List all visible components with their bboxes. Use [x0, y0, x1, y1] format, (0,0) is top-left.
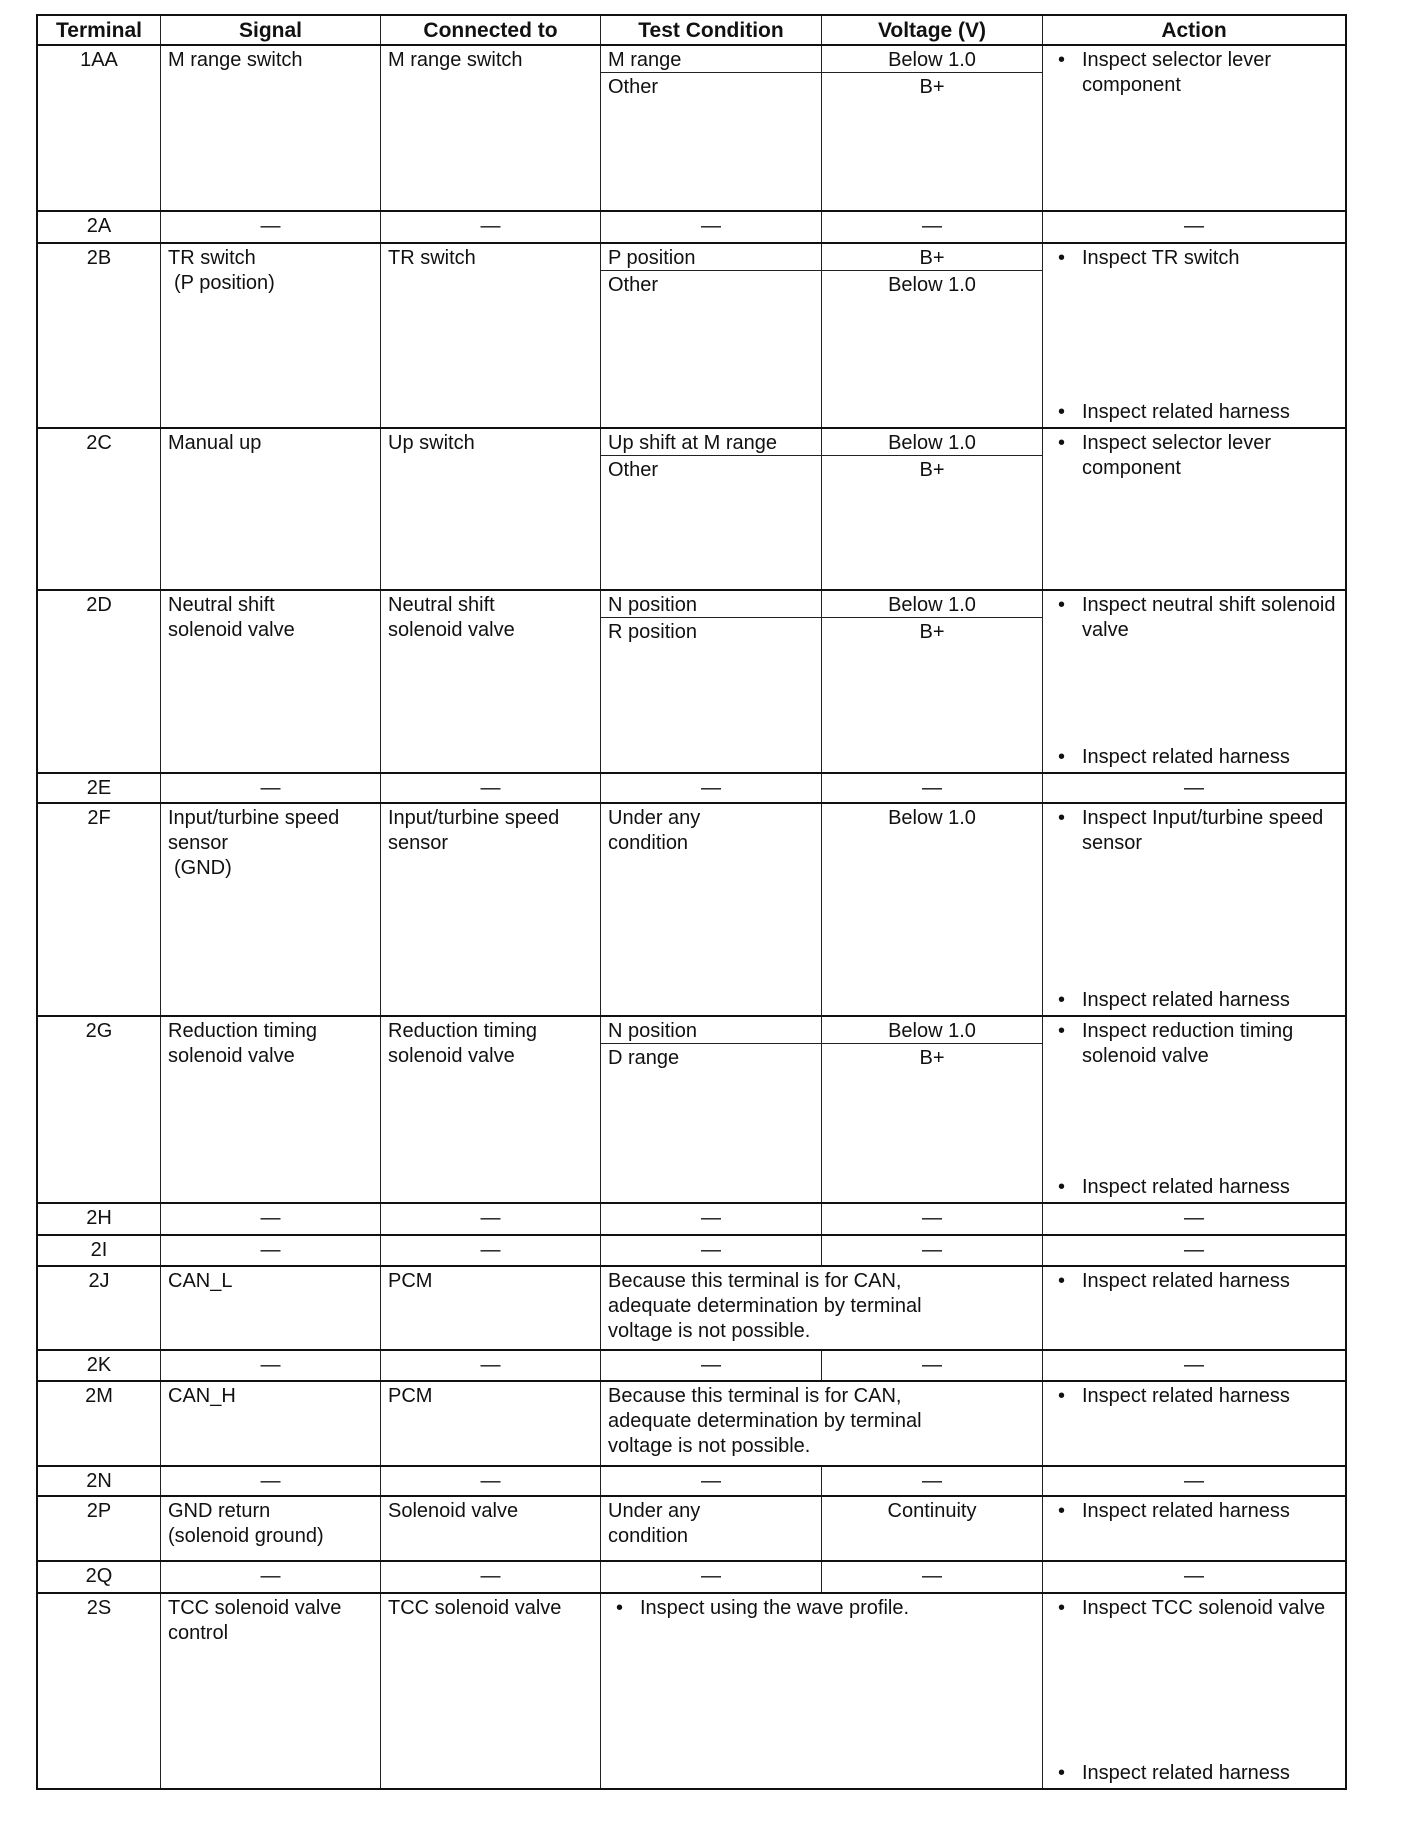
action-item: Inspect related harness [1050, 745, 1338, 770]
action-item: Inspect related harness [1050, 400, 1338, 425]
action-cell: Inspect selector lever component [1042, 46, 1345, 210]
dash-cell: — [380, 1467, 600, 1495]
dash-cell: — [600, 1351, 821, 1380]
dash-cell: — [600, 774, 821, 802]
table-row: 2G Reduction timing solenoid valve Reduc… [38, 1015, 1345, 1202]
condition-cell: M rangeOther [600, 46, 821, 210]
header-test-condition: Test Condition [600, 16, 821, 44]
action-cell: Inspect related harness [1042, 1267, 1345, 1349]
condition-cell: Under any condition [600, 1497, 821, 1560]
dash-cell: — [160, 1204, 380, 1234]
condition-cell: Up shift at M rangeOther [600, 429, 821, 589]
action-item: Inspect related harness [1050, 1384, 1338, 1409]
signal-cell: CAN_H [160, 1382, 380, 1465]
signal-cell: M range switch [160, 46, 380, 210]
voltage-1: Below 1.0 [822, 46, 1042, 73]
signal-cell: Reduction timing solenoid valve [160, 1017, 380, 1202]
table-row: 2Q — — — — — [38, 1560, 1345, 1592]
voltage-cell: B+Below 1.0 [821, 244, 1042, 427]
header-connected-to: Connected to [380, 16, 600, 44]
table-row: 2H — — — — — [38, 1202, 1345, 1234]
voltage-1: Below 1.0 [822, 591, 1042, 618]
terminal-cell: 2E [38, 774, 160, 802]
connected-cell: TCC solenoid valve [380, 1594, 600, 1788]
signal-cell: Input/turbine speed sensor(GND) [160, 804, 380, 1015]
dash-cell: — [380, 1562, 600, 1592]
table-header: Terminal Signal Connected to Test Condit… [38, 16, 1345, 44]
connected-cell: Input/turbine speed sensor [380, 804, 600, 1015]
voltage-cell: Below 1.0B+ [821, 1017, 1042, 1202]
dash-cell: — [821, 774, 1042, 802]
action-item: Inspect related harness [1050, 1761, 1338, 1786]
voltage-2: Below 1.0 [822, 271, 1042, 427]
dash-cell: — [821, 1562, 1042, 1592]
action-item: Inspect TR switch [1050, 246, 1338, 271]
dash-cell: — [600, 212, 821, 242]
table-row: 1AA M range switch M range switch M rang… [38, 44, 1345, 210]
table-row: 2E — — — — — [38, 772, 1345, 802]
wave-profile-note: Inspect using the wave profile. [608, 1596, 1035, 1621]
table-row: 2D Neutral shift solenoid valve Neutral … [38, 589, 1345, 772]
dash-cell: — [160, 1351, 380, 1380]
connected-cell: Reduction timing solenoid valve [380, 1017, 600, 1202]
signal-cell: GND return (solenoid ground) [160, 1497, 380, 1560]
action-cell: Inspect TCC solenoid valveInspect relate… [1042, 1594, 1345, 1788]
terminal-cell: 2P [38, 1497, 160, 1560]
action-cell: Inspect Input/turbine speed sensorInspec… [1042, 804, 1345, 1015]
signal-line-1: TR switch [168, 246, 373, 271]
table-row: 2I — — — — — [38, 1234, 1345, 1265]
action-item: Inspect neutral shift solenoid valve [1050, 593, 1338, 643]
connected-cell: PCM [380, 1267, 600, 1349]
terminal-cell: 2S [38, 1594, 160, 1788]
condition-1: P position [601, 244, 821, 271]
dash-cell: — [821, 212, 1042, 242]
action-cell: Inspect related harness [1042, 1382, 1345, 1465]
dash-cell: — [600, 1467, 821, 1495]
action-cell: Inspect TR switchInspect related harness [1042, 244, 1345, 427]
condition-2: Other [601, 73, 821, 210]
voltage-cell: Continuity [821, 1497, 1042, 1560]
voltage-cell: Below 1.0B+ [821, 429, 1042, 589]
connected-cell: TR switch [380, 244, 600, 427]
action-cell: Inspect related harness [1042, 1497, 1345, 1560]
connected-cell: M range switch [380, 46, 600, 210]
voltage-1: Below 1.0 [822, 429, 1042, 456]
dash-cell: — [380, 774, 600, 802]
table-row: 2A — — — — — [38, 210, 1345, 242]
terminal-cell: 2I [38, 1236, 160, 1265]
dash-cell: — [160, 1236, 380, 1265]
dash-cell: — [160, 1467, 380, 1495]
dash-cell: — [1042, 1562, 1345, 1592]
condition-1: M range [601, 46, 821, 73]
condition-cell: Under any condition [600, 804, 821, 1015]
condition-cell: P positionOther [600, 244, 821, 427]
connected-cell: PCM [380, 1382, 600, 1465]
header-voltage: Voltage (V) [821, 16, 1042, 44]
dash-cell: — [600, 1562, 821, 1592]
voltage-1: Below 1.0 [822, 1017, 1042, 1044]
action-item: Inspect TCC solenoid valve [1050, 1596, 1338, 1621]
dash-cell: — [380, 1236, 600, 1265]
dash-cell: — [821, 1351, 1042, 1380]
condition-1: N position [601, 591, 821, 618]
condition-1: N position [601, 1017, 821, 1044]
terminal-cell: 2F [38, 804, 160, 1015]
terminal-cell: 2H [38, 1204, 160, 1234]
dash-cell: — [160, 212, 380, 242]
table-row: 2N — — — — — [38, 1465, 1345, 1495]
connected-cell: Neutral shift solenoid valve [380, 591, 600, 772]
action-item: Inspect related harness [1050, 1499, 1338, 1524]
table-row: 2F Input/turbine speed sensor(GND) Input… [38, 802, 1345, 1015]
dash-cell: — [821, 1204, 1042, 1234]
signal-line-2: (P position) [168, 271, 373, 296]
dash-cell: — [821, 1467, 1042, 1495]
header-signal: Signal [160, 16, 380, 44]
dash-cell: — [1042, 1236, 1345, 1265]
voltage-2: B+ [822, 618, 1042, 772]
voltage-cell: Below 1.0B+ [821, 591, 1042, 772]
dash-cell: — [380, 1204, 600, 1234]
dash-cell: — [600, 1204, 821, 1234]
condition-cell: N positionD range [600, 1017, 821, 1202]
terminal-cell: 2M [38, 1382, 160, 1465]
terminal-cell: 2G [38, 1017, 160, 1202]
header-action: Action [1042, 16, 1345, 44]
can-note-cell: Because this terminal is for CAN, adequa… [600, 1267, 1042, 1349]
header-terminal: Terminal [38, 16, 160, 44]
terminal-cell: 2D [38, 591, 160, 772]
dash-cell: — [380, 212, 600, 242]
condition-2: R position [601, 618, 821, 772]
terminal-cell: 2C [38, 429, 160, 589]
condition-2: Other [601, 271, 821, 427]
voltage-2: B+ [822, 73, 1042, 210]
terminal-cell: 2A [38, 212, 160, 242]
table-row: 2P GND return (solenoid ground) Solenoid… [38, 1495, 1345, 1560]
signal-cell: TCC solenoid valve control [160, 1594, 380, 1788]
terminal-voltage-table: Terminal Signal Connected to Test Condit… [36, 14, 1347, 1790]
action-item: Inspect related harness [1050, 988, 1338, 1013]
action-cell: Inspect selector lever component [1042, 429, 1345, 589]
terminal-cell: 1AA [38, 46, 160, 210]
action-item: Inspect selector lever component [1050, 48, 1338, 98]
signal-line-2: (GND) [168, 856, 373, 881]
condition-cell: N positionR position [600, 591, 821, 772]
dash-cell: — [160, 1562, 380, 1592]
condition-1: Up shift at M range [601, 429, 821, 456]
terminal-cell: 2J [38, 1267, 160, 1349]
signal-cell: Manual up [160, 429, 380, 589]
dash-cell: — [160, 774, 380, 802]
table-row: 2S TCC solenoid valve control TCC soleno… [38, 1592, 1345, 1788]
action-item: Inspect selector lever component [1050, 431, 1338, 481]
action-cell: Inspect reduction timing solenoid valveI… [1042, 1017, 1345, 1202]
table-row: 2J CAN_L PCM Because this terminal is fo… [38, 1265, 1345, 1349]
dash-cell: — [600, 1236, 821, 1265]
voltage-cell: Below 1.0 [821, 804, 1042, 1015]
terminal-cell: 2Q [38, 1562, 160, 1592]
dash-cell: — [1042, 1351, 1345, 1380]
action-cell: Inspect neutral shift solenoid valveInsp… [1042, 591, 1345, 772]
dash-cell: — [380, 1351, 600, 1380]
action-item: Inspect related harness [1050, 1175, 1338, 1200]
dash-cell: — [1042, 212, 1345, 242]
voltage-2: B+ [822, 1044, 1042, 1202]
table-row: 2B TR switch(P position) TR switch P pos… [38, 242, 1345, 427]
dash-cell: — [1042, 1467, 1345, 1495]
signal-line-1: Input/turbine speed sensor [168, 806, 373, 856]
voltage-2: B+ [822, 456, 1042, 589]
action-item: Inspect reduction timing solenoid valve [1050, 1019, 1338, 1069]
signal-cell: Neutral shift solenoid valve [160, 591, 380, 772]
condition-2: D range [601, 1044, 821, 1202]
terminal-cell: 2N [38, 1467, 160, 1495]
condition-2: Other [601, 456, 821, 589]
action-item: Inspect Input/turbine speed sensor [1050, 806, 1338, 856]
wave-profile-cell: Inspect using the wave profile. [600, 1594, 1042, 1788]
connected-cell: Solenoid valve [380, 1497, 600, 1560]
connected-cell: Up switch [380, 429, 600, 589]
can-note-cell: Because this terminal is for CAN, adequa… [600, 1382, 1042, 1465]
terminal-cell: 2B [38, 244, 160, 427]
action-item: Inspect related harness [1050, 1269, 1338, 1294]
table-row: 2K — — — — — [38, 1349, 1345, 1380]
signal-cell: CAN_L [160, 1267, 380, 1349]
table-row: 2C Manual up Up switch Up shift at M ran… [38, 427, 1345, 589]
dash-cell: — [821, 1236, 1042, 1265]
terminal-cell: 2K [38, 1351, 160, 1380]
signal-cell: TR switch(P position) [160, 244, 380, 427]
dash-cell: — [1042, 1204, 1345, 1234]
voltage-cell: Below 1.0B+ [821, 46, 1042, 210]
voltage-1: B+ [822, 244, 1042, 271]
table-row: 2M CAN_H PCM Because this terminal is fo… [38, 1380, 1345, 1465]
dash-cell: — [1042, 774, 1345, 802]
